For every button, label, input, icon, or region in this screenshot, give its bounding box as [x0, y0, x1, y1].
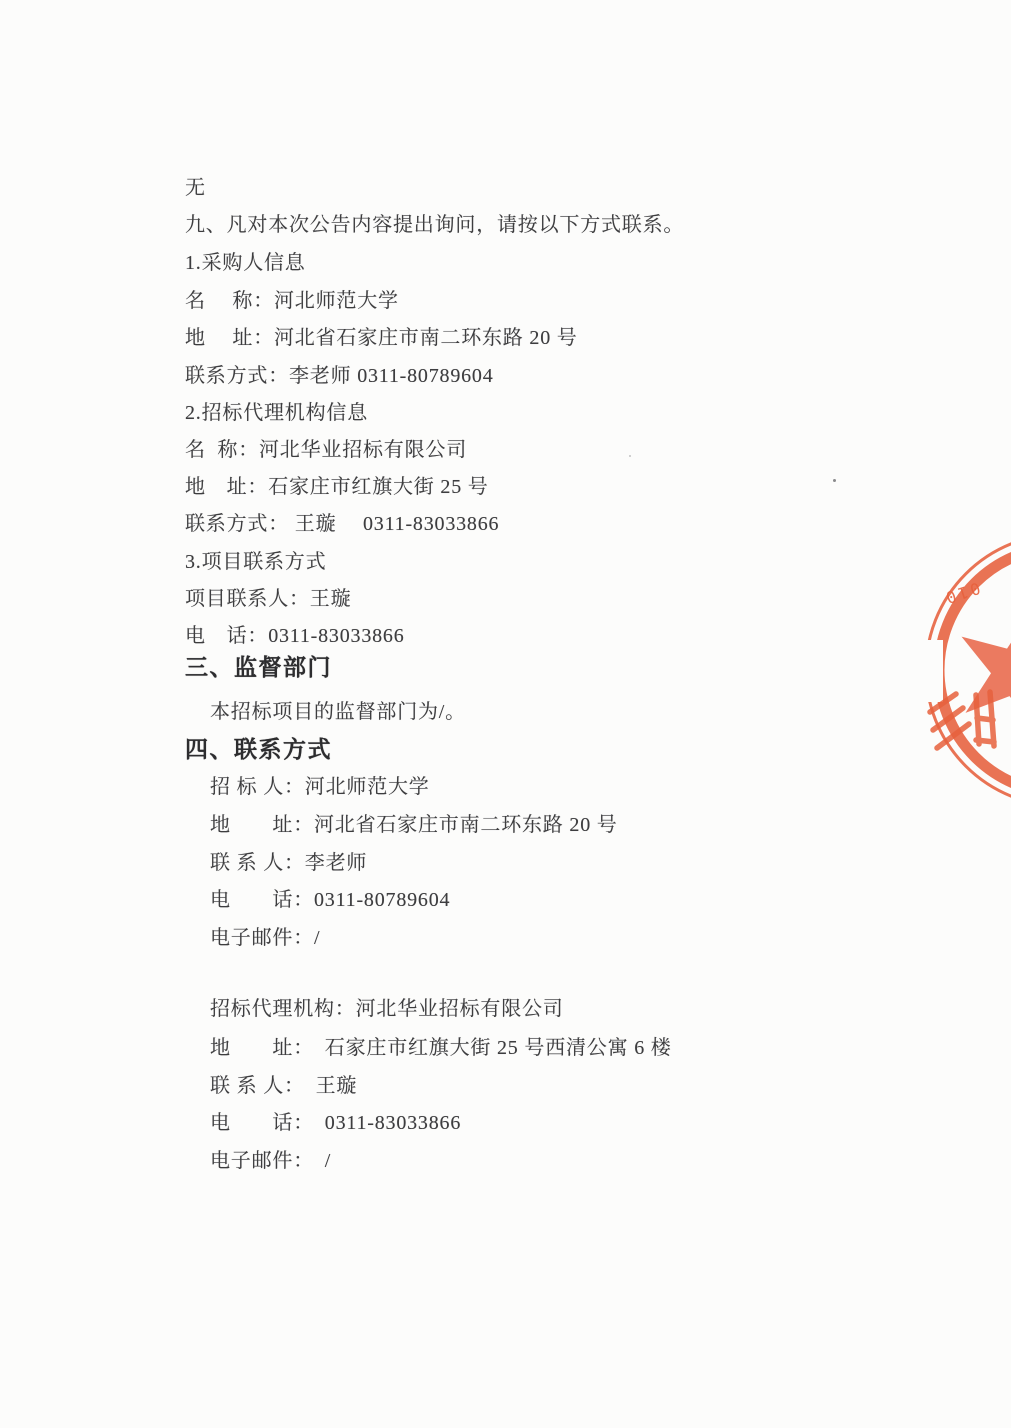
scanned-document-page: 无 九、凡对本次公告内容提出询问，请按以下方式联系。 1.采购人信息 名 称：河…: [0, 0, 1011, 1428]
official-seal-stamp: 010: [916, 542, 1011, 798]
seal-ink-fade-patch: [916, 640, 943, 702]
agency-info-heading: 2.招标代理机构信息: [185, 402, 368, 425]
purchaser-address-line: 地 址：河北省石家庄市南二环东路 20 号: [185, 327, 578, 350]
seal-character-fragments: [930, 692, 994, 748]
attachment-none-text: 无: [185, 177, 206, 200]
scan-speck: [833, 479, 836, 482]
seal-star-icon: [943, 593, 1011, 739]
tenderer-address-line: 地 址：河北省石家庄市南二环东路 20 号: [210, 814, 618, 837]
project-contact-person-line: 项目联系人：王璇: [185, 588, 351, 611]
tenderer-email-line: 电子邮件：/: [210, 927, 320, 950]
scan-speck: [629, 455, 631, 457]
seal-inner-ring: [939, 547, 1011, 793]
supervision-body-line: 本招标项目的监督部门为/。: [210, 701, 466, 724]
purchaser-contact-line: 联系方式：李老师 0311-80789604: [185, 365, 494, 388]
project-contact-heading: 3.项目联系方式: [185, 551, 326, 574]
agency-address-line: 地 址：石家庄市红旗大街 25 号: [185, 476, 489, 499]
seal-outer-ring: [926, 542, 1011, 798]
supervision-section-heading: 三、监督部门: [185, 655, 332, 681]
project-contact-phone-line: 电 话：0311-83033866: [185, 625, 405, 648]
tenderer-name-line: 招 标 人：河北师范大学: [210, 776, 430, 799]
contact-agency-phone-line: 电 话： 0311-83033866: [210, 1112, 461, 1135]
tenderer-phone-line: 电 话：0311-80789604: [210, 889, 450, 912]
purchaser-info-heading: 1.采购人信息: [185, 252, 306, 275]
inquiry-notice-line: 九、凡对本次公告内容提出询问，请按以下方式联系。: [185, 214, 684, 237]
purchaser-name-line: 名 称：河北师范大学: [185, 290, 399, 313]
contact-agency-person-line: 联 系 人： 王璇: [210, 1075, 357, 1098]
seal-serial-digits: 010: [941, 578, 983, 608]
contact-section-heading: 四、联系方式: [185, 737, 332, 763]
agency-contact-line: 联系方式： 王璇 0311-83033866: [185, 513, 499, 536]
contact-agency-address-line: 地 址： 石家庄市红旗大街 25 号西清公寓 6 楼: [210, 1037, 672, 1060]
contact-agency-name-line: 招标代理机构：河北华业招标有限公司: [210, 998, 564, 1021]
agency-name-line: 名 称：河北华业招标有限公司: [185, 439, 467, 462]
contact-agency-email-line: 电子邮件： /: [210, 1150, 331, 1173]
tenderer-person-line: 联 系 人：李老师: [210, 852, 367, 875]
